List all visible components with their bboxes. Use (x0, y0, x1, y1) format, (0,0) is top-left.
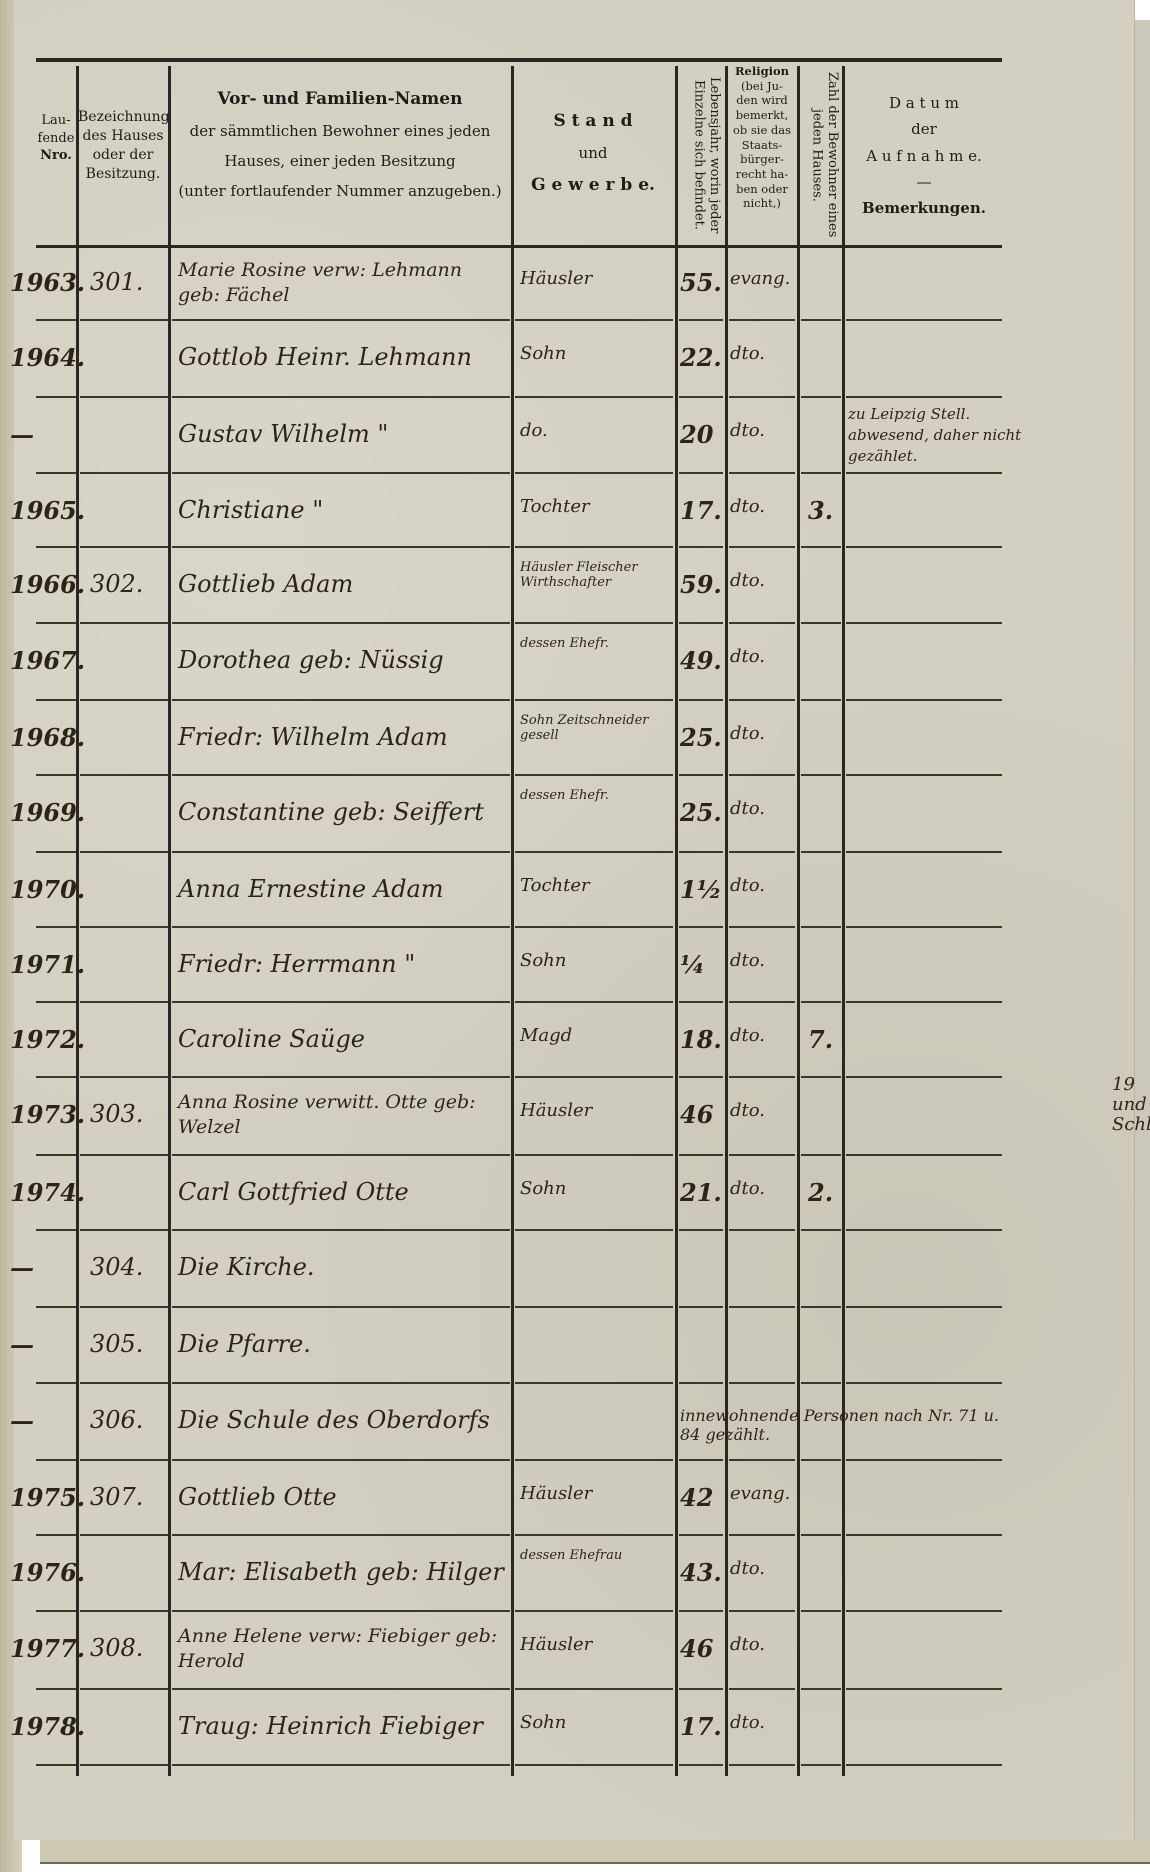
row-rule (36, 396, 76, 398)
resident-name: Dorothea geb: Nüssig (178, 646, 444, 674)
row-rule (36, 1610, 76, 1612)
occupation: Häusler (520, 1100, 592, 1121)
laufende-nr: 1963. (10, 268, 85, 297)
row-rule (172, 1229, 510, 1231)
occupation: Sohn (520, 1712, 566, 1733)
row-rule (729, 1459, 795, 1461)
laufende-nr: 1965. (10, 496, 85, 525)
header-haus: Bezeichnungdes Hausesoder derBesitzung. (78, 108, 168, 184)
resident-name: Christiane " (178, 496, 323, 524)
row-rule (679, 926, 723, 928)
religion: dto. (730, 343, 765, 364)
row-rule (172, 1154, 510, 1156)
row-rule (515, 546, 673, 548)
row-rule (515, 926, 673, 928)
laufende-nr: — (10, 1330, 34, 1359)
row-rule (515, 1688, 673, 1690)
row-rule (679, 1076, 723, 1078)
occupation: Sohn (520, 1178, 566, 1199)
religion: dto. (730, 570, 765, 591)
row-rule (679, 1154, 723, 1156)
row-rule (729, 774, 795, 776)
household-count: 3. (808, 496, 833, 525)
row-rule (80, 699, 168, 701)
row-rule (729, 546, 795, 548)
row-rule (846, 1382, 1002, 1384)
row-rule (679, 1764, 723, 1766)
religion: dto. (730, 1025, 765, 1046)
religion: dto. (730, 723, 765, 744)
row-rule (801, 1154, 841, 1156)
religion: dto. (730, 1558, 765, 1579)
laufende-nr: 1969. (10, 798, 85, 827)
age: 55. (680, 268, 722, 297)
resident-name: Gottlieb Adam (178, 570, 353, 598)
row-rule (846, 1688, 1002, 1690)
row-rule (729, 1534, 795, 1536)
laufende-nr: 1971. (10, 950, 85, 979)
laufende-nr: 1966. (10, 570, 85, 599)
row-rule (80, 1076, 168, 1078)
row-rule (36, 1154, 76, 1156)
religion: dto. (730, 1712, 765, 1733)
row-rule (36, 1076, 76, 1078)
house-number: 301. (90, 268, 143, 296)
row-rule (679, 1306, 723, 1308)
row-rule (846, 774, 1002, 776)
resident-name: Gottlob Heinr. Lehmann (178, 343, 472, 371)
row-rule (515, 1076, 673, 1078)
header-rule (36, 245, 1002, 248)
resident-name: Friedr: Wilhelm Adam (178, 723, 448, 751)
laufende-nr: 1972. (10, 1025, 85, 1054)
row-rule (515, 396, 673, 398)
row-rule (515, 851, 673, 853)
row-rule (846, 319, 1002, 321)
resident-name: Die Pfarre. (178, 1330, 311, 1358)
row-rule (172, 699, 510, 701)
header-laufende-nr: Lau-fendeNro. (34, 112, 78, 165)
col-divider (168, 66, 171, 1776)
row-rule (36, 622, 76, 624)
occupation: Häusler (520, 1634, 592, 1655)
religion: dto. (730, 1178, 765, 1199)
row-rule (846, 546, 1002, 548)
row-rule (729, 1306, 795, 1308)
row-rule (80, 319, 168, 321)
row-rule (515, 774, 673, 776)
row-rule (679, 851, 723, 853)
row-rule (846, 851, 1002, 853)
household-count: 2. (808, 1178, 833, 1207)
age: 49. (680, 646, 722, 675)
age: 25. (680, 798, 722, 827)
row-rule (801, 472, 841, 474)
row-rule (172, 774, 510, 776)
row-rule (846, 1610, 1002, 1612)
age: 43. (680, 1558, 722, 1587)
row-rule (729, 1764, 795, 1766)
laufende-nr: — (10, 1406, 34, 1435)
resident-name: Marie Rosine verw: Lehmann geb: Fächel (178, 258, 508, 307)
census-table: Lau-fendeNro. Bezeichnungdes Hausesoder … (0, 0, 1150, 1872)
row-rule (80, 622, 168, 624)
row-rule (679, 1382, 723, 1384)
house-number: 308. (90, 1634, 143, 1662)
occupation: Magd (520, 1025, 572, 1046)
header-datum: D a t u mderA u f n a h m e.—Bemerkungen… (846, 90, 1002, 221)
resident-name: Carl Gottfried Otte (178, 1178, 409, 1206)
row-rule (679, 1001, 723, 1003)
row-rule (36, 1534, 76, 1536)
laufende-nr: 1978. (10, 1712, 85, 1741)
row-rule (80, 1459, 168, 1461)
row-rule (80, 1610, 168, 1612)
row-rule (679, 1534, 723, 1536)
col-divider (797, 66, 800, 1776)
age: 59. (680, 570, 722, 599)
row-rule (80, 472, 168, 474)
resident-name: Constantine geb: Seiffert (178, 798, 484, 826)
row-rule (80, 1764, 168, 1766)
row-rule (729, 1382, 795, 1384)
row-rule (801, 1001, 841, 1003)
row-rule (172, 1459, 510, 1461)
occupation: Tochter (520, 496, 590, 517)
row-rule (801, 546, 841, 548)
laufende-nr: 1970. (10, 875, 85, 904)
row-rule (729, 472, 795, 474)
row-rule (36, 774, 76, 776)
row-rule (679, 1459, 723, 1461)
row-rule (801, 1459, 841, 1461)
row-rule (172, 396, 510, 398)
resident-name: Traug: Heinrich Fiebiger (178, 1712, 483, 1740)
row-rule (729, 396, 795, 398)
occupation: Sohn (520, 343, 566, 364)
age: 18. (680, 1025, 722, 1054)
margin-note: 19 und Schl... (1112, 1075, 1150, 1134)
row-rule (515, 1764, 673, 1766)
row-rule (679, 622, 723, 624)
age: 42 (680, 1483, 713, 1512)
row-rule (80, 851, 168, 853)
age: 21. (680, 1178, 722, 1207)
age: ¼ (680, 950, 705, 979)
top-rule (36, 58, 1002, 62)
row-rule (172, 1688, 510, 1690)
row-rule (515, 1154, 673, 1156)
age: 46 (680, 1634, 713, 1663)
header-religion: Religion(bei Ju-den wirdbemerkt,ob sie d… (727, 64, 797, 211)
row-rule (172, 1001, 510, 1003)
occupation: dessen Ehefrau (520, 1548, 670, 1563)
religion: dto. (730, 496, 765, 517)
house-number: 302. (90, 570, 143, 598)
row-rule (172, 1382, 510, 1384)
household-count: 7. (808, 1025, 833, 1054)
row-rule (80, 1229, 168, 1231)
laufende-nr: 1977. (10, 1634, 85, 1663)
row-rule (36, 319, 76, 321)
row-rule (515, 1382, 673, 1384)
row-rule (80, 926, 168, 928)
row-rule (846, 1764, 1002, 1766)
religion: dto. (730, 420, 765, 441)
religion: dto. (730, 646, 765, 667)
religion: dto. (730, 950, 765, 971)
row-rule (172, 851, 510, 853)
resident-name: Mar: Elisabeth geb: Hilger (178, 1558, 504, 1586)
header-namen: Vor- und Familien-Namen der sämmtlichen … (170, 82, 510, 206)
row-rule (172, 1764, 510, 1766)
row-rule (515, 622, 673, 624)
row-rule (36, 1382, 76, 1384)
laufende-nr: 1968. (10, 723, 85, 752)
resident-name: Caroline Saüge (178, 1025, 365, 1053)
religion: evang. (730, 268, 790, 289)
row-rule (801, 851, 841, 853)
row-rule (36, 926, 76, 928)
occupation: Häusler (520, 268, 592, 289)
religion: dto. (730, 1100, 765, 1121)
row-rule (729, 1076, 795, 1078)
row-rule (846, 1459, 1002, 1461)
remark: zu Leipzig Stell. abwesend, daher nicht … (848, 404, 1048, 467)
row-rule (846, 926, 1002, 928)
laufende-nr: 1975. (10, 1483, 85, 1512)
row-rule (679, 319, 723, 321)
row-rule (729, 1154, 795, 1156)
row-rule (846, 1154, 1002, 1156)
laufende-nr: 1967. (10, 646, 85, 675)
resident-name: Friedr: Herrmann " (178, 950, 415, 978)
row-rule (515, 319, 673, 321)
header-lebensjahr: Lebensjahr, worin jeder Einzelne sich be… (680, 66, 722, 244)
row-rule (80, 1154, 168, 1156)
row-rule (729, 926, 795, 928)
row-rule (846, 1001, 1002, 1003)
occupation: Tochter (520, 875, 590, 896)
row-rule (80, 546, 168, 548)
house-number: 306. (90, 1406, 143, 1434)
row-rule (515, 1459, 673, 1461)
row-rule (846, 1306, 1002, 1308)
row-rule (801, 926, 841, 928)
row-rule (801, 319, 841, 321)
row-rule (36, 699, 76, 701)
row-rule (172, 1306, 510, 1308)
religion: dto. (730, 798, 765, 819)
laufende-nr: 1964. (10, 343, 85, 372)
row-rule (679, 699, 723, 701)
occupation: dessen Ehefr. (520, 788, 670, 803)
house-number: 303. (90, 1100, 143, 1128)
col-divider (511, 66, 514, 1776)
religion: dto. (730, 875, 765, 896)
row-rule (172, 1076, 510, 1078)
resident-name: Gottlieb Otte (178, 1483, 337, 1511)
row-rule (36, 546, 76, 548)
row-rule (846, 1076, 1002, 1078)
resident-name: Die Kirche. (178, 1253, 315, 1281)
row-rule (801, 1076, 841, 1078)
row-rule (679, 1229, 723, 1231)
row-rule (801, 1229, 841, 1231)
row-rule (801, 774, 841, 776)
row-rule (801, 396, 841, 398)
row-rule (846, 699, 1002, 701)
row-rule (172, 926, 510, 928)
col-divider (725, 66, 728, 1776)
row-rule (36, 1306, 76, 1308)
row-rule (729, 319, 795, 321)
row-rule (729, 699, 795, 701)
col-divider (76, 66, 79, 1776)
row-rule (801, 1382, 841, 1384)
row-rule (515, 1306, 673, 1308)
row-rule (846, 622, 1002, 624)
laufende-nr: 1976. (10, 1558, 85, 1587)
age: 46 (680, 1100, 713, 1129)
occupation: do. (520, 420, 548, 441)
age: 20 (680, 420, 713, 449)
laufende-nr: 1973. (10, 1100, 85, 1129)
row-rule (729, 1001, 795, 1003)
row-rule (679, 774, 723, 776)
header-stand: S t a n d und G e w e r b e. (513, 104, 673, 202)
row-rule (679, 1610, 723, 1612)
row-rule (36, 851, 76, 853)
row-rule (729, 1610, 795, 1612)
row-rule (801, 1764, 841, 1766)
age: 22. (680, 343, 722, 372)
row-rule (801, 1610, 841, 1612)
row-rule (515, 1534, 673, 1536)
house-number: 304. (90, 1253, 143, 1281)
row-rule (801, 1688, 841, 1690)
row-rule (801, 699, 841, 701)
row-rule (515, 699, 673, 701)
row-rule (80, 396, 168, 398)
resident-name: Die Schule des Oberdorfs (178, 1406, 490, 1434)
row-rule (36, 1688, 76, 1690)
row-rule (515, 472, 673, 474)
header-zahl: Zahl der Bewohner eines jeden Hauses. (800, 70, 840, 240)
row-rule (515, 1229, 673, 1231)
row-rule (679, 546, 723, 548)
religion: innewohnende Personen nach Nr. 71 u. 84 … (680, 1406, 1010, 1444)
row-rule (801, 1534, 841, 1536)
religion: dto. (730, 1634, 765, 1655)
row-rule (36, 1001, 76, 1003)
row-rule (172, 1610, 510, 1612)
resident-name: Anna Rosine verwitt. Otte geb: Welzel (178, 1090, 508, 1139)
row-rule (515, 1610, 673, 1612)
row-rule (172, 319, 510, 321)
row-rule (729, 1688, 795, 1690)
col-divider (842, 66, 845, 1776)
row-rule (846, 396, 1002, 398)
row-rule (515, 1001, 673, 1003)
row-rule (846, 1229, 1002, 1231)
row-rule (679, 396, 723, 398)
religion: evang. (730, 1483, 790, 1504)
row-rule (172, 1534, 510, 1536)
age: 1½ (680, 875, 722, 904)
row-rule (80, 1534, 168, 1536)
col-divider (675, 66, 678, 1776)
row-rule (729, 851, 795, 853)
row-rule (36, 1764, 76, 1766)
row-rule (80, 1382, 168, 1384)
occupation: Häusler Fleischer Wirthschafter (520, 560, 670, 590)
row-rule (80, 1688, 168, 1690)
house-number: 305. (90, 1330, 143, 1358)
laufende-nr: — (10, 420, 34, 449)
age: 17. (680, 496, 722, 525)
resident-name: Anne Helene verw: Fiebiger geb: Herold (178, 1624, 508, 1673)
laufende-nr: — (10, 1253, 34, 1282)
row-rule (80, 774, 168, 776)
row-rule (36, 1229, 76, 1231)
row-rule (172, 472, 510, 474)
row-rule (80, 1306, 168, 1308)
resident-name: Gustav Wilhelm " (178, 420, 388, 448)
age: 17. (680, 1712, 722, 1741)
laufende-nr: 1974. (10, 1178, 85, 1207)
row-rule (801, 622, 841, 624)
row-rule (729, 1229, 795, 1231)
row-rule (846, 472, 1002, 474)
row-rule (36, 1459, 76, 1461)
occupation: Häusler (520, 1483, 592, 1504)
row-rule (36, 472, 76, 474)
row-rule (172, 622, 510, 624)
row-rule (729, 622, 795, 624)
row-rule (172, 546, 510, 548)
row-rule (80, 1001, 168, 1003)
resident-name: Anna Ernestine Adam (178, 875, 444, 903)
house-number: 307. (90, 1483, 143, 1511)
occupation: Sohn Zeitschneider gesell (520, 713, 670, 743)
age: 25. (680, 723, 722, 752)
occupation: Sohn (520, 950, 566, 971)
occupation: dessen Ehefr. (520, 636, 670, 651)
row-rule (801, 1306, 841, 1308)
row-rule (679, 472, 723, 474)
row-rule (679, 1688, 723, 1690)
row-rule (846, 1534, 1002, 1536)
